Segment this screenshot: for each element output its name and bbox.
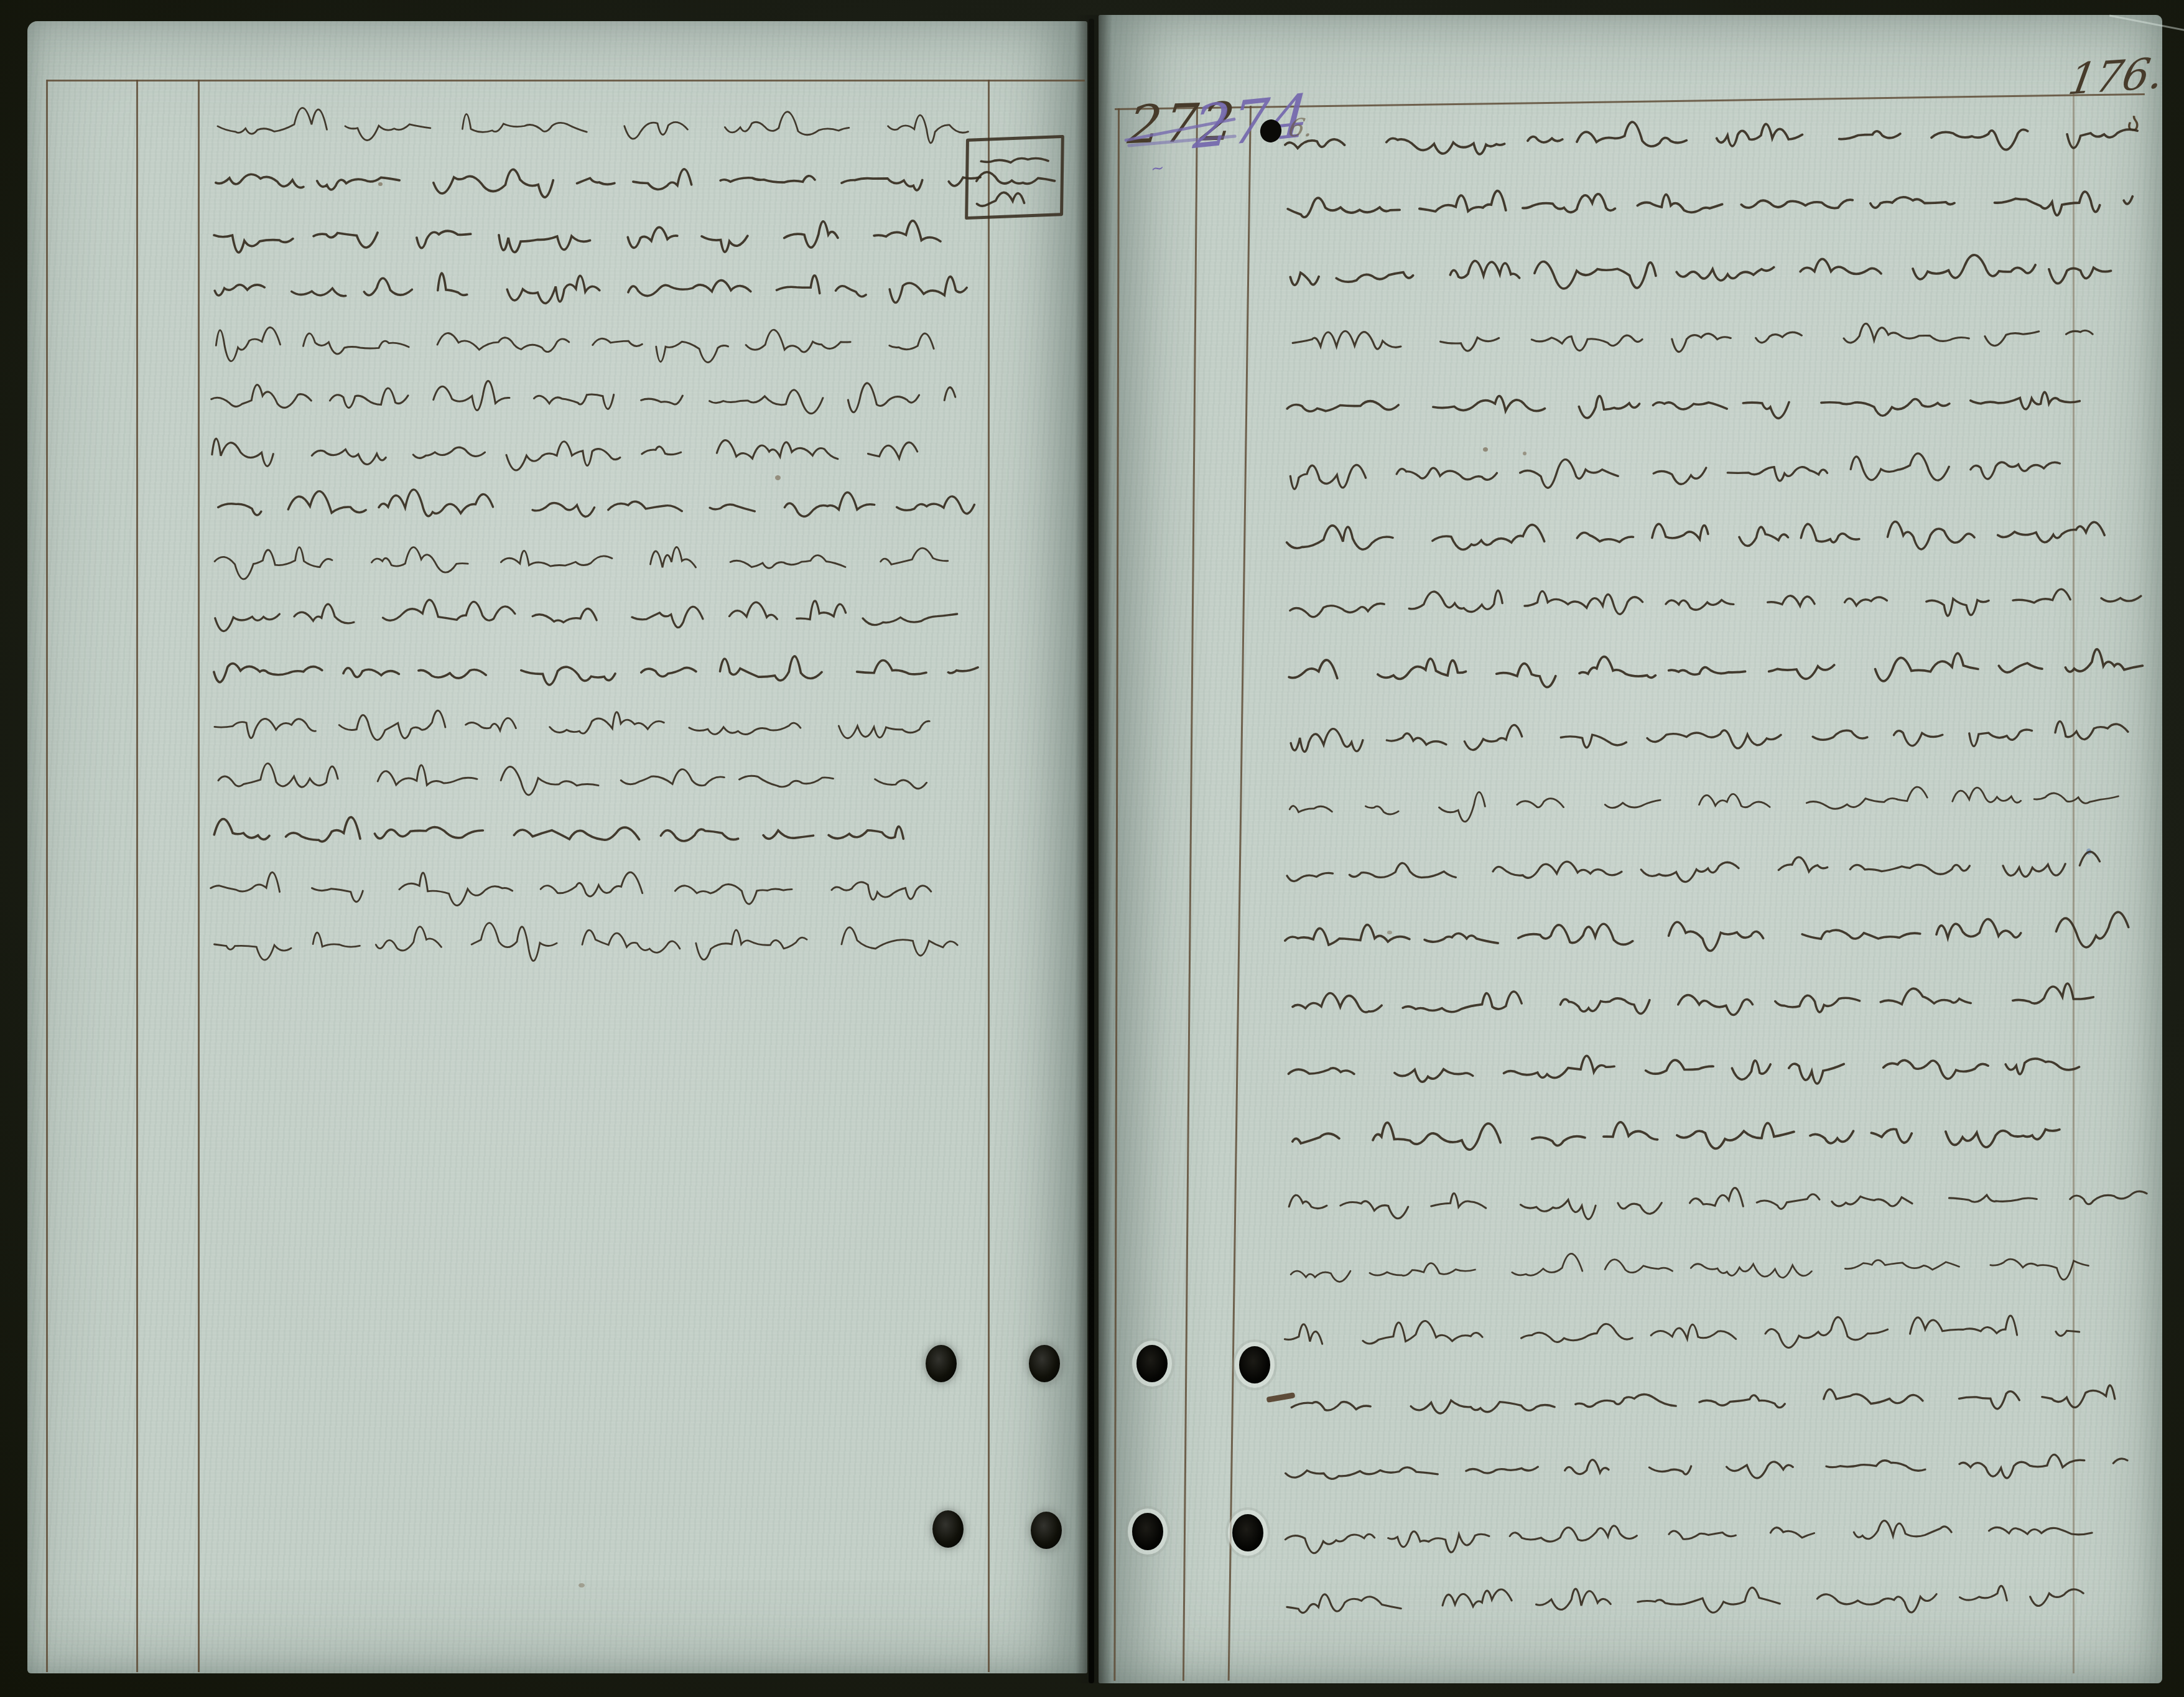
ink-speck xyxy=(1523,452,1526,455)
stamp-script-lines xyxy=(968,138,1061,216)
right-outer-margin-rule xyxy=(2073,93,2075,1673)
punch-hole xyxy=(1136,1345,1168,1382)
punch-hole xyxy=(1239,1346,1270,1383)
violet-tick-mark: ~ xyxy=(1150,160,1165,178)
punch-hole xyxy=(1232,1514,1263,1551)
left-page xyxy=(27,21,1087,1673)
left-margin-rule-1 xyxy=(46,80,48,1672)
faint-number-mark: 6. xyxy=(1286,116,1314,141)
left-top-rule xyxy=(47,80,1085,81)
ink-speck xyxy=(775,475,781,480)
left-right-margin-rule xyxy=(988,80,990,1672)
handwritten-line xyxy=(977,192,1025,206)
handwritten-line xyxy=(981,157,1048,164)
punch-hole xyxy=(1132,1513,1163,1550)
handwritten-line xyxy=(977,169,1055,185)
page-number: 176. xyxy=(2065,52,2167,102)
right-page xyxy=(1099,15,2162,1683)
left-margin-rule-2 xyxy=(136,80,138,1672)
punch-hole xyxy=(1031,1512,1062,1549)
scanned-book-spread: 272 ~ 274 6. 176. ა xyxy=(0,0,2184,1697)
binding-crease xyxy=(1089,19,1094,1683)
ink-speck xyxy=(1387,931,1392,934)
ink-speck xyxy=(579,1583,585,1588)
punch-hole xyxy=(1029,1345,1060,1382)
left-margin-rule-3 xyxy=(198,80,200,1672)
stamp-annotation-box xyxy=(965,135,1064,220)
ink-speck xyxy=(1483,447,1488,452)
ink-speck xyxy=(378,182,383,186)
punch-hole xyxy=(926,1345,957,1382)
blue-fiber-speck xyxy=(2086,848,2091,855)
punch-hole xyxy=(932,1510,964,1548)
